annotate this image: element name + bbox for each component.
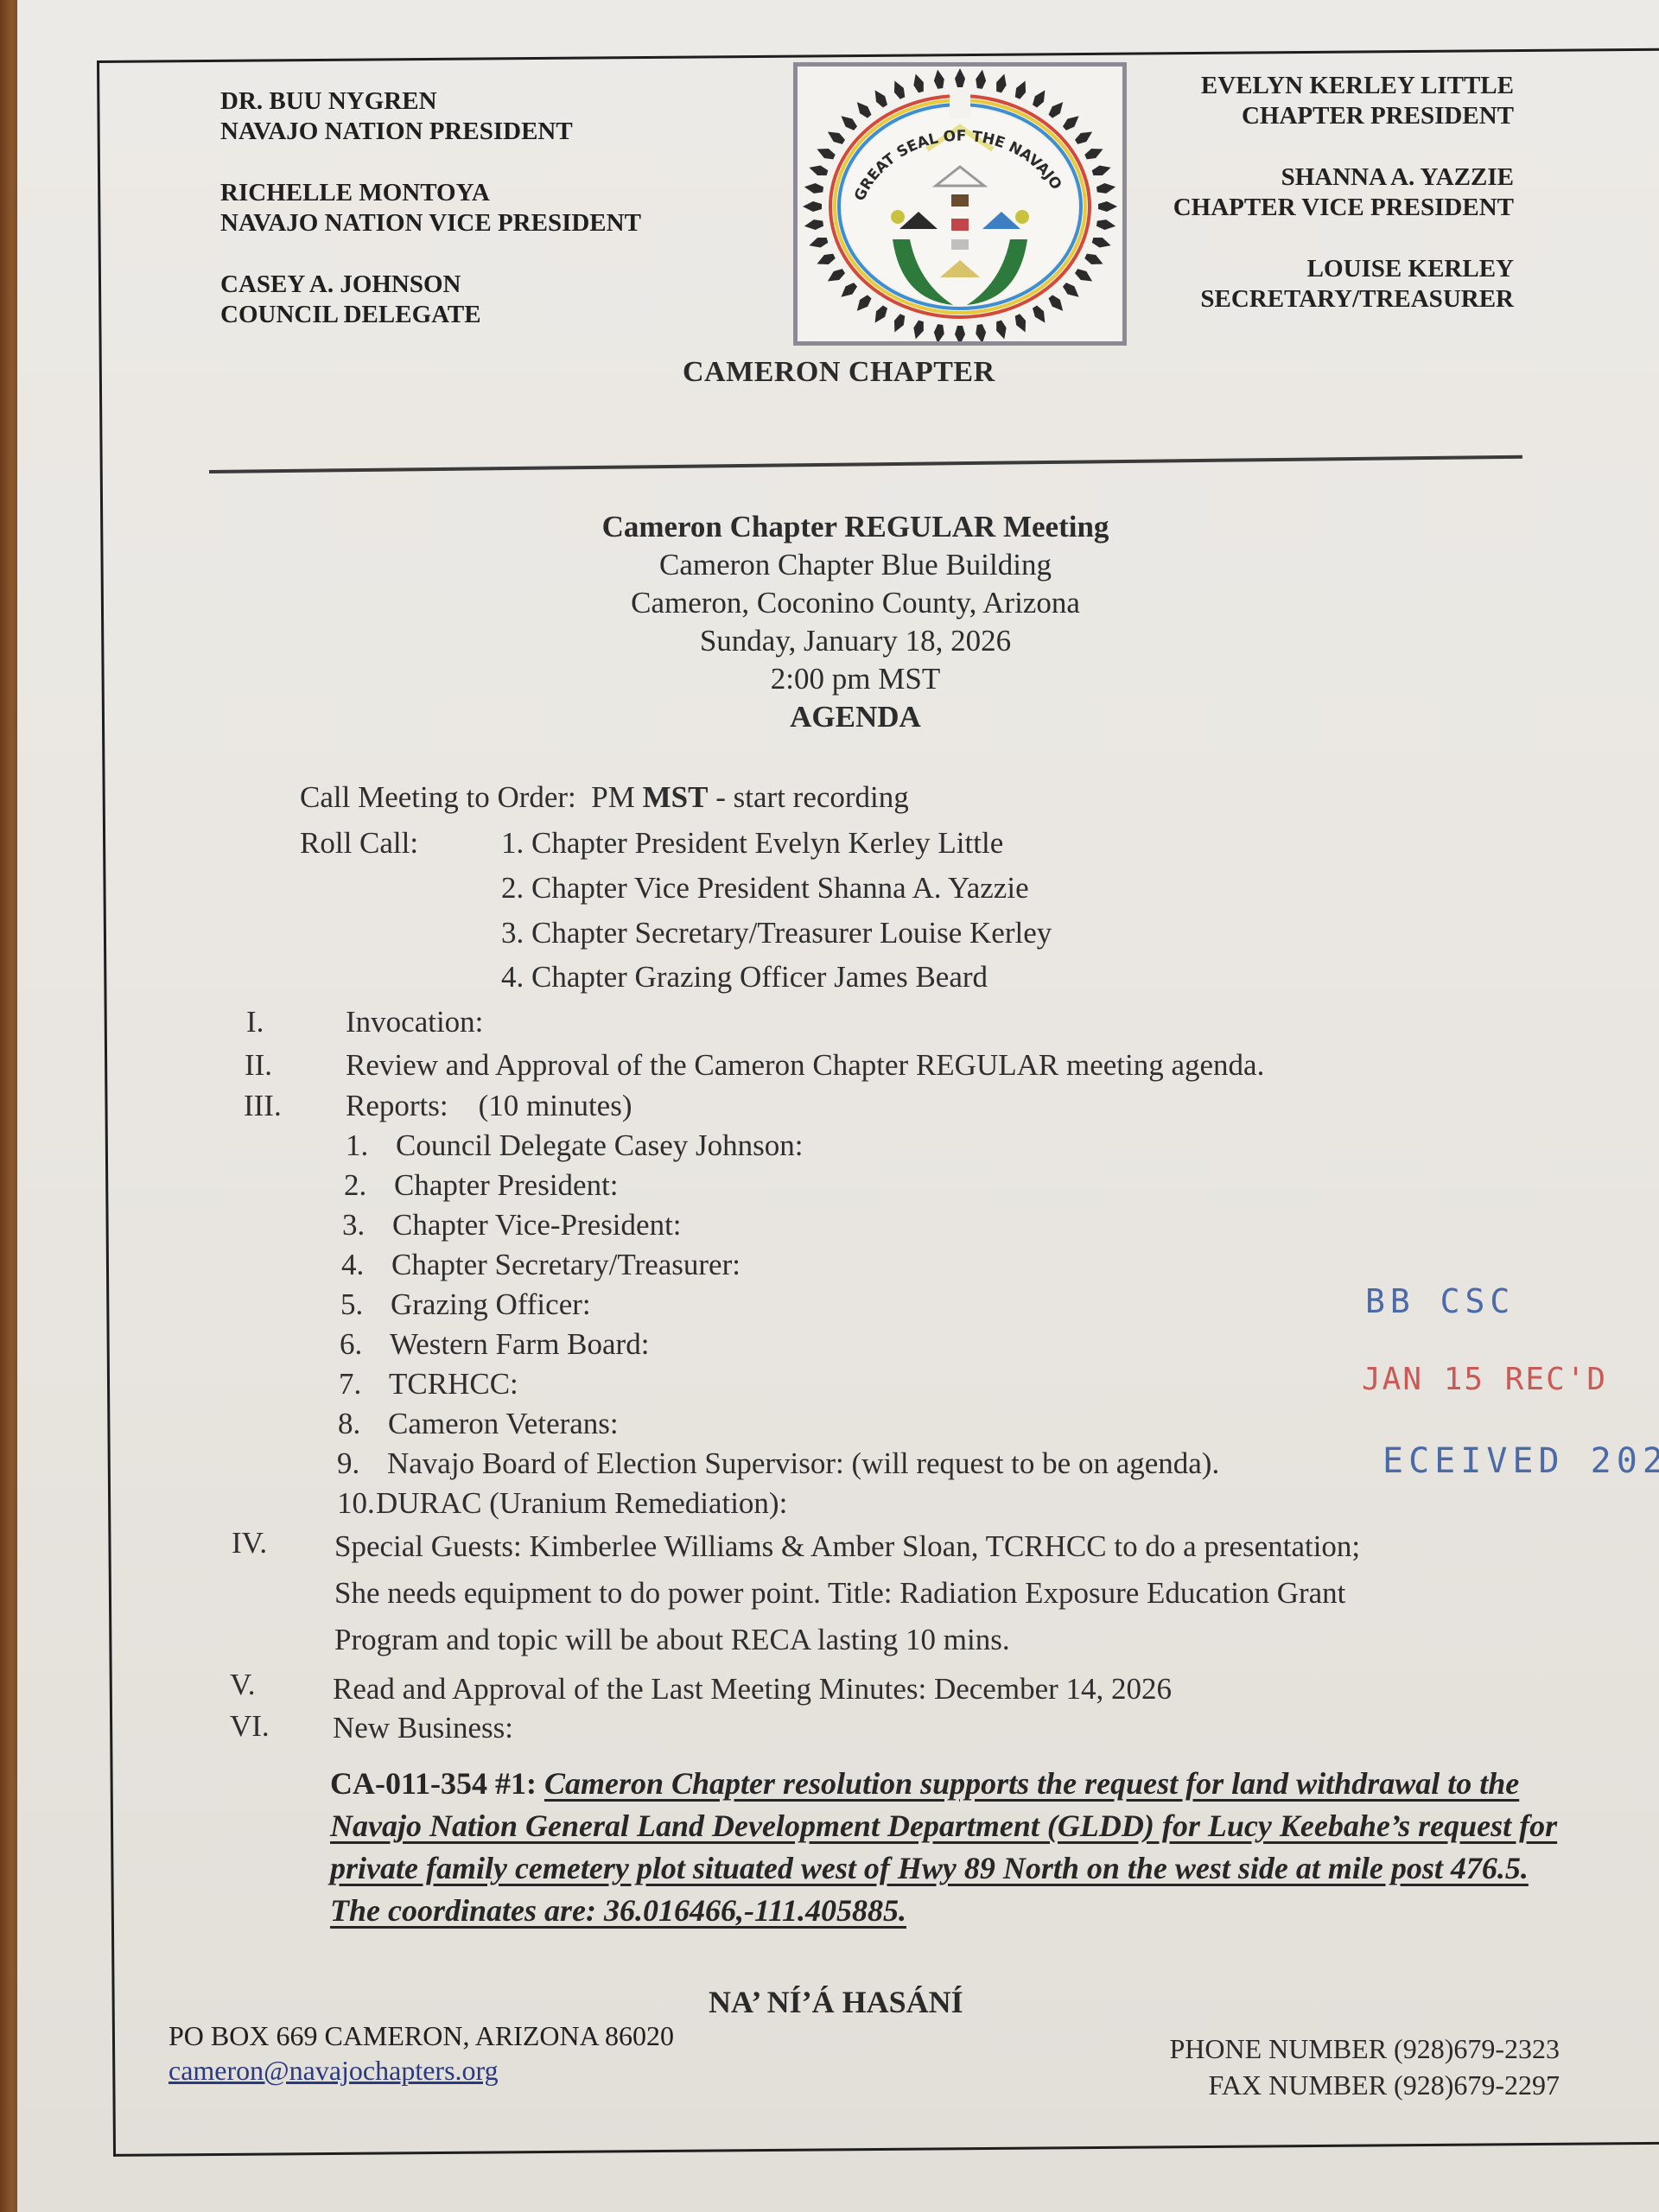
report-item-number: 3. <box>342 1208 365 1243</box>
roll-call-item: 2. Chapter Vice President Shanna A. Yazz… <box>501 871 1029 906</box>
official-name: SHANNA A. YAZZIE <box>1173 162 1514 193</box>
official-title: NAVAJO NATION PRESIDENT <box>220 117 641 147</box>
navajo-nation-officials: DR. BUU NYGREN NAVAJO NATION PRESIDENT R… <box>220 86 641 361</box>
official-title: COUNCIL DELEGATE <box>220 300 641 330</box>
chapter-name: CAMERON CHAPTER <box>683 356 995 389</box>
agenda-item-number: VI. <box>230 1709 270 1744</box>
report-item-number: 2. <box>344 1168 366 1203</box>
report-item-number: 4. <box>341 1248 364 1282</box>
agenda-item-review: Review and Approval of the Cameron Chapt… <box>346 1048 1264 1083</box>
official-chapter-president: EVELYN KERLEY LITTLE CHAPTER PRESIDENT <box>1173 71 1514 131</box>
meeting-place: Cameron, Coconino County, Arizona <box>510 584 1201 622</box>
report-item: Chapter Secretary/Treasurer: <box>391 1248 741 1282</box>
call-to-order-pre: PM <box>591 780 635 814</box>
official-council-delegate: CASEY A. JOHNSON COUNCIL DELEGATE <box>220 270 641 330</box>
special-guests-line: She needs equipment to do power point. T… <box>334 1576 1345 1611</box>
report-item-number: 6. <box>340 1327 362 1362</box>
roll-call-item: 1. Chapter President Evelyn Kerley Littl… <box>501 826 1003 861</box>
special-guests-line: Special Guests: Kimberlee Williams & Amb… <box>334 1529 1360 1564</box>
report-item: Western Farm Board: <box>390 1327 649 1362</box>
report-item-number: 9. <box>337 1446 359 1481</box>
agenda-item-number: I. <box>246 1005 264 1039</box>
call-to-order-note: - start recording <box>715 780 909 814</box>
agenda-item-number: IV. <box>232 1526 267 1560</box>
official-name: EVELYN KERLEY LITTLE <box>1173 71 1514 101</box>
navajo-nation-seal: GREAT SEAL OF THE NAVAJO NATION <box>793 62 1127 346</box>
fax-number: FAX NUMBER (928)679-2297 <box>1169 2067 1560 2103</box>
roll-call-item: 4. Chapter Grazing Officer James Beard <box>501 960 988 995</box>
agenda-item-number: V. <box>230 1668 256 1702</box>
official-title: CHAPTER PRESIDENT <box>1173 101 1514 131</box>
agenda-item-number: III. <box>244 1089 282 1123</box>
special-guests-line: Program and topic will be about RECA las… <box>334 1623 1010 1657</box>
official-name: DR. BUU NYGREN <box>220 86 641 117</box>
wood-table-edge <box>0 0 19 2212</box>
report-item-number: 10. <box>337 1486 375 1521</box>
report-item-number: 8. <box>338 1407 360 1441</box>
call-to-order-label: Call Meeting to Order: <box>300 780 576 814</box>
report-item-number: 7. <box>339 1367 361 1402</box>
report-item: Navajo Board of Election Supervisor: (wi… <box>387 1446 1219 1481</box>
official-secretary-treasurer: LOUISE KERLEY SECRETARY/TREASURER <box>1173 254 1514 315</box>
mailing-address: PO BOX 669 CAMERON, ARIZONA 86020 <box>168 2018 674 2053</box>
report-item: Chapter Vice-President: <box>392 1208 682 1243</box>
official-title: SECRETARY/TREASURER <box>1173 284 1514 315</box>
report-item: Chapter President: <box>394 1168 619 1203</box>
agenda-item-new-business: New Business: <box>333 1711 513 1745</box>
meeting-time: 2:00 pm MST <box>510 660 1201 698</box>
resolution: CA-011-354 #1: Cameron Chapter resolutio… <box>330 1763 1574 1932</box>
stamp-received-date: JAN 15 REC'D <box>1362 1362 1607 1397</box>
meeting-date: Sunday, January 18, 2026 <box>510 622 1201 660</box>
agenda-item-reports: Reports: (10 minutes) <box>346 1089 632 1123</box>
report-item-number: 5. <box>340 1287 363 1322</box>
agenda-item-invocation: Invocation: <box>346 1005 483 1039</box>
report-item-number: 1. <box>346 1128 368 1163</box>
official-title: CHAPTER VICE PRESIDENT <box>1173 193 1514 223</box>
agenda-heading: AGENDA <box>510 698 1201 736</box>
report-item: Council Delegate Casey Johnson: <box>396 1128 803 1163</box>
email-link[interactable]: cameron@navajochapters.org <box>168 2055 499 2086</box>
meeting-title: Cameron Chapter REGULAR Meeting <box>510 508 1201 546</box>
report-item: DURAC (Uranium Remediation): <box>376 1486 787 1521</box>
official-name: RICHELLE MONTOYA <box>220 178 641 208</box>
footer-address: PO BOX 669 CAMERON, ARIZONA 86020 camero… <box>168 2018 674 2088</box>
meeting-info: Cameron Chapter REGULAR Meeting Cameron … <box>510 508 1201 736</box>
roll-call-item: 3. Chapter Secretary/Treasurer Louise Ke… <box>501 916 1052 950</box>
seal-icon: GREAT SEAL OF THE NAVAJO NATION <box>798 67 1122 341</box>
resolution-id: CA-011-354 #1 <box>330 1766 526 1801</box>
roll-call-label: Roll Call: <box>300 826 418 861</box>
agenda-item-number: II. <box>245 1048 272 1083</box>
report-item: Grazing Officer: <box>391 1287 591 1322</box>
official-president: DR. BUU NYGREN NAVAJO NATION PRESIDENT <box>220 86 641 147</box>
stamp-bb-csc: BB CSC <box>1365 1282 1515 1320</box>
meeting-location: Cameron Chapter Blue Building <box>510 546 1201 584</box>
official-name: LOUISE KERLEY <box>1173 254 1514 284</box>
report-item: TCRHCC: <box>389 1367 518 1402</box>
footer-contact: PHONE NUMBER (928)679-2323 FAX NUMBER (9… <box>1169 2031 1560 2103</box>
call-to-order: Call Meeting to Order: PM MST - start re… <box>300 780 909 815</box>
stamp-received-year: ECEIVED 2026 <box>1382 1441 1659 1481</box>
chapter-officials: EVELYN KERLEY LITTLE CHAPTER PRESIDENT S… <box>1173 71 1514 346</box>
agenda-item-minutes: Read and Approval of the Last Meeting Mi… <box>333 1672 1172 1707</box>
official-chapter-vice-president: SHANNA A. YAZZIE CHAPTER VICE PRESIDENT <box>1173 162 1514 223</box>
official-vice-president: RICHELLE MONTOYA NAVAJO NATION VICE PRES… <box>220 178 641 238</box>
official-title: NAVAJO NATION VICE PRESIDENT <box>220 208 641 238</box>
phone-number: PHONE NUMBER (928)679-2323 <box>1169 2031 1560 2067</box>
report-item: Cameron Veterans: <box>388 1407 619 1441</box>
chapter-motto: NA’ NÍ’Á HASÁNÍ <box>709 1984 963 2020</box>
call-to-order-tz: MST <box>643 780 709 814</box>
official-name: CASEY A. JOHNSON <box>220 270 641 300</box>
